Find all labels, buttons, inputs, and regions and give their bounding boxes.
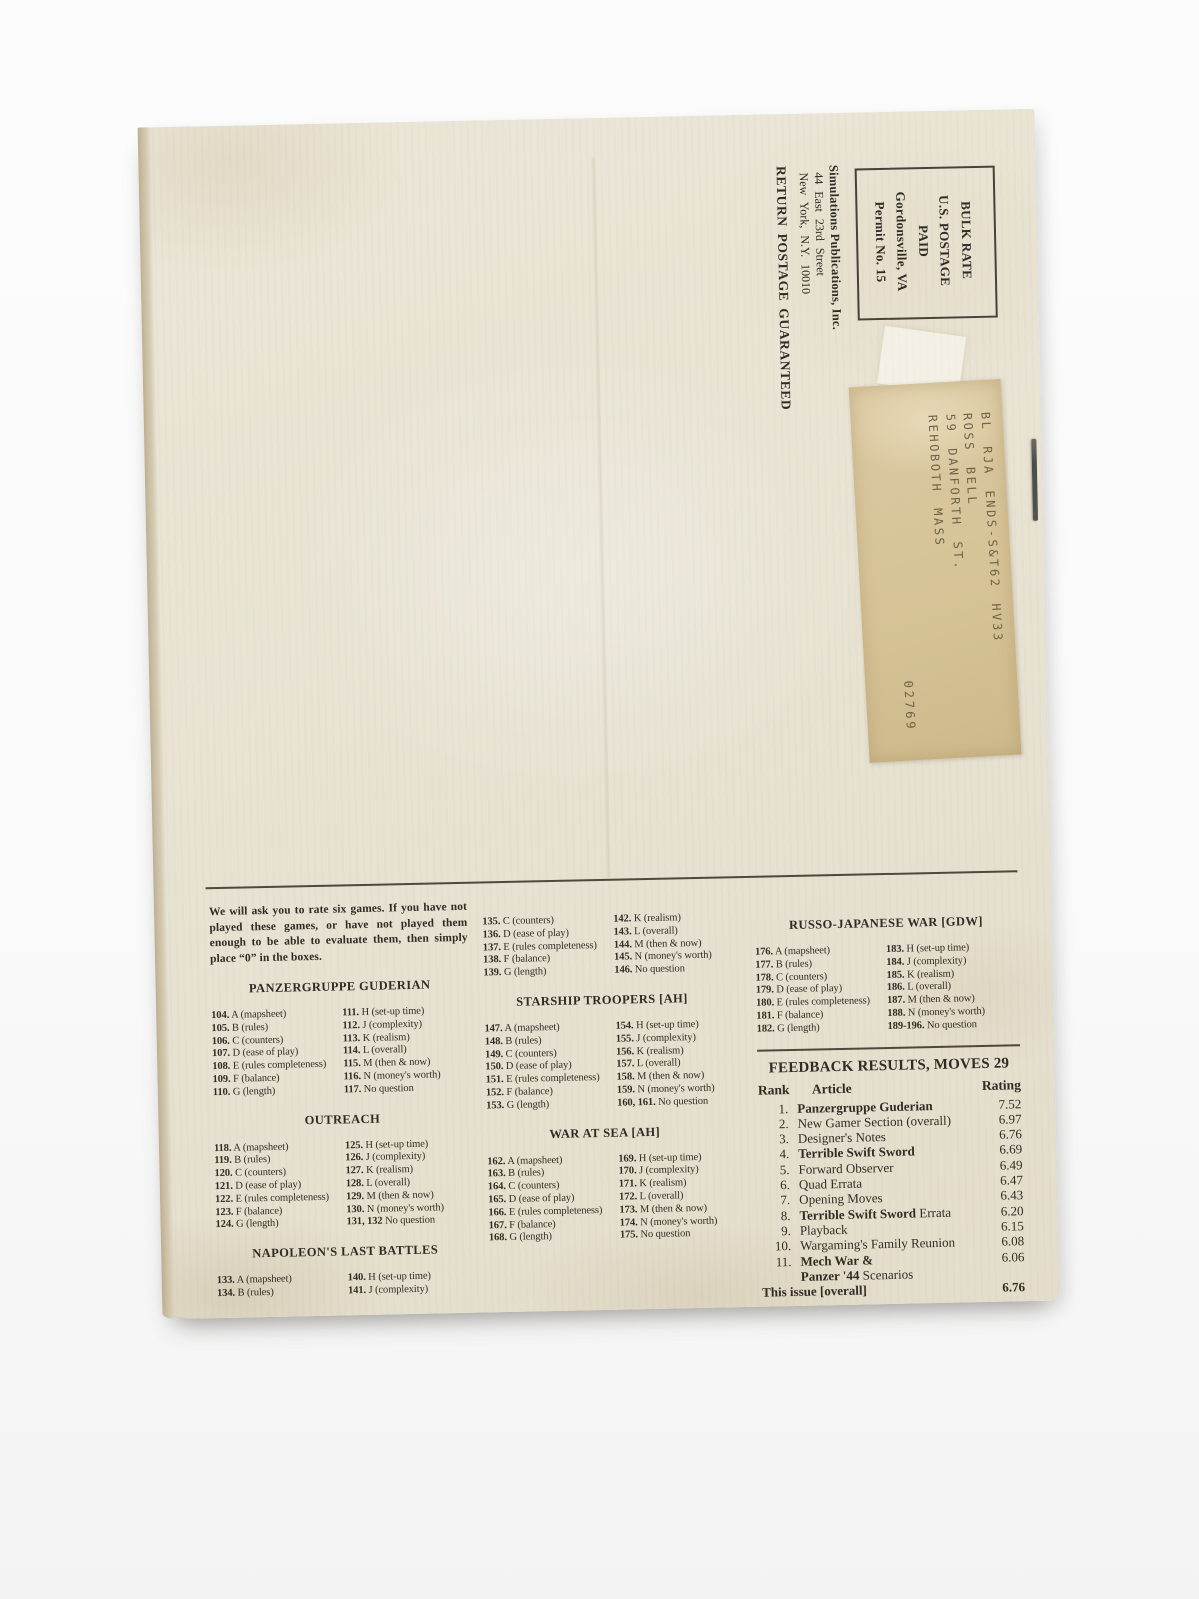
question-label: D (ease of play) [233, 1179, 301, 1191]
question-item: 146. No question [614, 963, 719, 978]
question-label: M (then & now) [632, 937, 702, 949]
question-item: 174. N (money's worth) [620, 1215, 725, 1230]
question-number: 163. [487, 1168, 505, 1179]
result-rating: 6.69 [978, 1142, 1022, 1158]
question-number: 152. [486, 1087, 504, 1098]
result-rank: 4. [759, 1147, 791, 1163]
section-title: NAPOLEON'S LAST BATTLES [216, 1242, 474, 1262]
question-label: J (complexity) [636, 1164, 698, 1176]
question-item: 145. N (money's worth) [614, 950, 719, 965]
question-label: G (length) [507, 1231, 552, 1243]
question-number: 166. [488, 1207, 506, 1218]
question-label: M (then & now) [361, 1057, 431, 1069]
result-article-part: This issue [overall] [762, 1283, 867, 1300]
question-label: No question [632, 963, 685, 975]
question-number: 126. [345, 1152, 363, 1163]
question-number: 141. [348, 1285, 366, 1296]
result-rank: 2. [758, 1116, 790, 1132]
question-number: 151. [486, 1074, 504, 1085]
question-label: B (rules) [229, 1022, 268, 1034]
question-label: J (complexity) [360, 1019, 422, 1031]
question-label: C (counters) [506, 1180, 560, 1192]
question-number: 180. [756, 998, 774, 1009]
result-rating: 6.20 [979, 1203, 1023, 1219]
question-item: 124. G (length) [216, 1217, 347, 1233]
question-number: 165. [488, 1194, 506, 1205]
question-sublist-right: 169. H (set-up time)170. J (complexity)1… [618, 1151, 725, 1243]
question-label: E (rules completeness) [230, 1059, 326, 1072]
question-number: 189-196. [887, 1020, 924, 1032]
question-label: L (overall) [637, 1190, 683, 1202]
question-label: No question [656, 1096, 709, 1108]
question-label: G (length) [230, 1086, 275, 1098]
question-label: C (counters) [503, 1048, 557, 1060]
question-number: 117. [344, 1084, 362, 1095]
question-number: 123. [215, 1206, 233, 1217]
question-label: D (ease of play) [506, 1193, 574, 1205]
question-label: G (length) [233, 1218, 278, 1230]
result-article-part: Opening Moves [799, 1191, 883, 1208]
section-title: WAR AT SEA [AH] [487, 1123, 723, 1143]
result-rating: 6.76 [978, 1126, 1022, 1142]
question-list: 118. A (mapsheet)119. B (rules)120. C (c… [214, 1137, 474, 1232]
question-number: 116. [343, 1071, 361, 1082]
question-number: 138. [483, 954, 501, 965]
question-number: 107. [212, 1048, 230, 1059]
question-label: B (rules) [235, 1287, 274, 1299]
result-rating: 6.15 [980, 1218, 1024, 1234]
question-label: N (money's worth) [638, 1215, 718, 1228]
question-number: 181. [756, 1010, 774, 1021]
question-label: M (then & now) [634, 1070, 704, 1082]
question-label: K (realism) [637, 1177, 687, 1189]
question-number: 139. [483, 967, 501, 978]
question-list: 162. A (mapsheet)163. B (rules)164. C (c… [487, 1151, 725, 1246]
mailing-label: BL RJA ENDS-S&T62 HV33 ROSS BELL 59 DANF… [849, 379, 1022, 763]
question-sublist-left: 133. A (mapsheet)134. B (rules) [217, 1273, 349, 1301]
section-title: STARSHIP TROOPERS [AH] [484, 991, 720, 1011]
question-label: C (counters) [500, 915, 554, 927]
question-label: B (rules) [232, 1154, 271, 1166]
question-number: 148. [485, 1036, 503, 1047]
question-number: 184. [886, 956, 904, 967]
question-sublist-left: 176. A (mapsheet)177. B (rules)178. C (c… [755, 944, 888, 1036]
question-label: K (realism) [904, 968, 954, 980]
question-number: 160, 161. [617, 1097, 656, 1109]
question-label: G (length) [774, 1022, 819, 1034]
result-article-part: Playback [800, 1222, 848, 1238]
question-label: B (rules) [505, 1168, 544, 1180]
result-article-part: Errata [916, 1204, 951, 1220]
question-number: 154. [615, 1020, 633, 1031]
result-article: Mech War &Panzer '44 Scenarios [793, 1250, 981, 1285]
result-rating: 6.43 [979, 1188, 1023, 1204]
question-sublist-left: 162. A (mapsheet)163. B (rules)164. C (c… [487, 1153, 620, 1245]
question-number: 171. [619, 1178, 637, 1189]
question-number: 143. [613, 926, 631, 937]
question-label: No question [638, 1229, 691, 1241]
question-label: A (mapsheet) [235, 1274, 292, 1286]
spine-edge [138, 127, 176, 1319]
question-label: H (set-up time) [633, 1019, 698, 1031]
question-number: 145. [614, 952, 632, 963]
question-item: 110. G (length) [213, 1084, 344, 1100]
question-label: E (rules completeness) [506, 1205, 602, 1218]
question-label: E (rules completeness) [233, 1192, 329, 1205]
question-label: D (ease of play) [500, 927, 568, 939]
question-number: 172. [619, 1191, 637, 1202]
question-number: 105. [211, 1023, 229, 1034]
question-number: 110. [213, 1087, 231, 1098]
form-column-right: RUSSO-JAPANESE WAR [GDW]176. A (mapsheet… [753, 872, 1025, 1300]
result-rank: 10. [761, 1238, 793, 1254]
question-label: D (ease of play) [230, 1047, 298, 1059]
question-label: F (balance) [504, 1086, 553, 1098]
staple [1031, 439, 1038, 521]
question-number: 135. [482, 916, 500, 927]
question-number: 109. [212, 1074, 230, 1085]
results-title: FEEDBACK RESULTS, MOVES 29 [757, 1055, 1020, 1078]
question-number: 187. [887, 995, 905, 1006]
postage-line: PAID [911, 169, 936, 313]
results-rows: 1.Panzergruppe Guderian7.522.New Gamer S… [758, 1096, 1025, 1300]
result-article-part: Designer's Notes [798, 1129, 886, 1146]
result-rating: 6.08 [980, 1233, 1024, 1249]
question-item: 139. G (length) [483, 965, 614, 981]
question-label: H (set-up time) [904, 942, 969, 954]
question-label: A (mapsheet) [229, 1009, 286, 1021]
question-number: 183. [886, 944, 904, 955]
result-article-part: Mech War & [800, 1252, 873, 1269]
question-label: N (money's worth) [632, 950, 712, 963]
question-label: No question [382, 1215, 435, 1227]
question-number: 142. [613, 913, 631, 924]
question-number: 125. [345, 1140, 363, 1151]
question-item: 141. J (complexity) [348, 1283, 475, 1298]
question-label: F (balance) [507, 1219, 556, 1231]
question-number: 115. [343, 1058, 361, 1069]
postage-line: Permit No. 15 [868, 170, 893, 314]
question-number: 124. [216, 1219, 234, 1230]
question-number: 153. [486, 1100, 504, 1111]
question-number: 185. [886, 969, 904, 980]
question-number: 120. [214, 1168, 232, 1179]
question-number: 113. [343, 1033, 361, 1044]
question-label: N (money's worth) [635, 1083, 715, 1096]
result-article: This issue [overall] [762, 1280, 981, 1300]
result-rating: 7.52 [977, 1096, 1021, 1112]
question-number: 150. [485, 1061, 503, 1072]
question-label: M (then & now) [364, 1189, 434, 1201]
question-number: 144. [614, 939, 632, 950]
question-number: 134. [217, 1288, 235, 1299]
question-label: H (set-up time) [359, 1006, 424, 1018]
form-column-middle: 135. C (counters)136. D (ease of play)13… [482, 879, 726, 1248]
question-label: F (balance) [774, 1009, 823, 1021]
question-label: No question [361, 1083, 414, 1095]
form-instructions: We will ask you to rate six games. If yo… [209, 900, 468, 967]
result-article-part: Quad Errata [799, 1176, 862, 1192]
question-number: 106. [212, 1035, 230, 1046]
question-label: A (mapsheet) [231, 1141, 288, 1153]
result-article-part: Panzer '44 [801, 1268, 860, 1284]
question-label: L (overall) [631, 925, 677, 937]
question-number: 173. [619, 1204, 637, 1215]
question-number: 168. [489, 1232, 507, 1243]
question-number: 164. [488, 1181, 506, 1192]
results-divider-rule [757, 1044, 1020, 1052]
question-label: N (money's worth) [361, 1069, 441, 1082]
question-item: 160, 161. No question [617, 1095, 722, 1110]
question-label: N (money's worth) [905, 1006, 985, 1019]
question-number: 108. [212, 1061, 230, 1072]
result-rank: 9. [761, 1223, 793, 1239]
question-label: K (realism) [634, 1045, 684, 1057]
results-header-rating: Rating [977, 1077, 1021, 1094]
question-item: 182. G (length) [757, 1021, 888, 1037]
question-number: 127. [345, 1165, 363, 1176]
question-number: 119. [214, 1155, 232, 1166]
question-label: M (then & now) [637, 1203, 707, 1215]
question-label: K (realism) [631, 912, 681, 924]
question-item: 153. G (length) [486, 1097, 617, 1113]
question-number: 174. [620, 1217, 638, 1228]
question-number: 121. [215, 1181, 233, 1192]
question-label: H (set-up time) [363, 1138, 428, 1150]
question-number: 176. [755, 946, 773, 957]
result-rank: 11. [761, 1254, 794, 1285]
result-rank: 6. [760, 1177, 792, 1193]
question-number: 146. [614, 965, 632, 976]
question-label: J (complexity) [366, 1284, 428, 1296]
question-label: F (balance) [233, 1205, 282, 1217]
results-header-article: Article [790, 1078, 977, 1098]
question-label: G (length) [501, 966, 546, 978]
result-article-part: Scenarios [859, 1266, 913, 1282]
question-list: 176. A (mapsheet)177. B (rules)178. C (c… [755, 941, 1020, 1036]
question-number: 136. [482, 929, 500, 940]
question-number: 112. [342, 1020, 360, 1031]
question-label: F (balance) [501, 953, 550, 965]
question-number: 128. [346, 1178, 364, 1189]
label-zip-code: 02769 [899, 680, 919, 732]
question-item: 189-196. No question [887, 1018, 1019, 1034]
question-number: 182. [757, 1023, 775, 1034]
question-sublist-left: 135. C (counters)136. D (ease of play)13… [482, 914, 614, 981]
question-number: 104. [211, 1010, 229, 1021]
question-label: F (balance) [230, 1073, 279, 1085]
fold-crease [590, 158, 611, 878]
question-label: K (realism) [363, 1164, 413, 1176]
question-number: 156. [616, 1046, 634, 1057]
question-label: C (counters) [230, 1034, 284, 1046]
question-number: 122. [215, 1194, 233, 1205]
question-number: 137. [483, 942, 501, 953]
question-list: 133. A (mapsheet)134. B (rules)140. H (s… [217, 1270, 475, 1301]
question-sublist-left: 104. A (mapsheet)105. B (rules)106. C (c… [211, 1007, 344, 1099]
question-label: L (overall) [905, 981, 951, 993]
result-rating: 6.47 [979, 1172, 1023, 1188]
question-sublist-left: 118. A (mapsheet)119. B (rules)120. C (c… [214, 1140, 347, 1232]
result-rank: 8. [760, 1208, 792, 1224]
photo-backdrop: Simulations Publications, Inc. 44 East 2… [0, 0, 1199, 1599]
question-list: 135. C (counters)136. D (ease of play)13… [482, 912, 719, 981]
question-item: 168. G (length) [489, 1230, 620, 1246]
question-number: 140. [348, 1272, 366, 1283]
question-item: 117. No question [344, 1082, 471, 1097]
question-label: J (complexity) [904, 955, 966, 967]
question-label: A (mapsheet) [502, 1022, 559, 1034]
question-sublist-right: 140. H (set-up time)141. J (complexity) [348, 1270, 476, 1298]
question-label: E (rules completeness) [504, 1072, 600, 1085]
question-number: 118. [214, 1142, 232, 1153]
question-label: H (set-up time) [636, 1152, 701, 1164]
postage-line: Gordonsville, VA [890, 169, 915, 313]
question-item: 134. B (rules) [217, 1285, 348, 1301]
question-number: 178. [755, 972, 773, 983]
question-label: L (overall) [634, 1058, 680, 1070]
form-column-left: We will ask you to rate six games. If yo… [209, 884, 476, 1303]
question-number: 149. [485, 1049, 503, 1060]
question-label: C (counters) [232, 1167, 286, 1179]
question-label: B (rules) [503, 1035, 542, 1047]
question-label: L (overall) [360, 1044, 406, 1056]
question-label: M (then & now) [905, 993, 975, 1005]
question-label: E (rules completeness) [501, 940, 597, 953]
result-rating: 6.49 [978, 1157, 1022, 1173]
result-article-part: Forward Observer [798, 1160, 893, 1177]
result-rating: 6.06 [980, 1249, 1025, 1281]
result-rank: 5. [759, 1162, 791, 1178]
results-header-rank: Rank [758, 1082, 790, 1099]
question-item: 131, 132 No question [346, 1214, 473, 1229]
question-label: N (money's worth) [364, 1202, 444, 1215]
question-number: 159. [617, 1084, 635, 1095]
result-rank: 1. [758, 1101, 790, 1117]
question-number: 158. [616, 1071, 634, 1082]
question-label: A (mapsheet) [505, 1154, 562, 1166]
question-sublist-left: 147. A (mapsheet)148. B (rules)149. C (c… [484, 1021, 617, 1113]
question-number: 167. [489, 1220, 507, 1231]
magazine-back-cover: Simulations Publications, Inc. 44 East 2… [138, 109, 1060, 1320]
question-sublist-right: 154. H (set-up time)155. J (complexity)1… [615, 1018, 722, 1110]
section-title: OUTREACH [213, 1109, 471, 1129]
result-rank: 7. [760, 1192, 792, 1208]
question-number: 175. [620, 1230, 638, 1241]
question-label: J (complexity) [634, 1032, 696, 1044]
question-label: J (complexity) [363, 1151, 425, 1163]
question-number: 162. [487, 1156, 505, 1167]
return-postage-guaranteed: RETURN POSTAGE GUARANTEED [773, 166, 795, 458]
results-header-row: Rank Article Rating [758, 1077, 1021, 1099]
question-number: 147. [484, 1023, 502, 1034]
question-label: E (rules completeness) [774, 996, 870, 1009]
question-sublist-right: 142. K (realism)143. L (overall)144. M (… [613, 912, 719, 978]
question-label: G (length) [504, 1099, 549, 1111]
question-number: 157. [616, 1059, 634, 1070]
question-number: 169. [618, 1153, 636, 1164]
question-label: B (rules) [773, 958, 812, 970]
return-address-block: Simulations Publications, Inc. 44 East 2… [777, 165, 847, 458]
question-item: 175. No question [620, 1228, 725, 1243]
question-number: 186. [887, 982, 905, 993]
question-label: No question [924, 1019, 977, 1031]
question-number: 111. [342, 1007, 359, 1018]
question-label: D (ease of play) [774, 983, 842, 995]
result-rank: 3. [759, 1131, 791, 1147]
section-title: PANZERGRUPPE GUDERIAN [211, 977, 469, 997]
question-sublist-right: 125. H (set-up time)126. J (complexity)1… [345, 1137, 474, 1229]
question-sublist-right: 111. H (set-up time)112. J (complexity)1… [342, 1005, 471, 1097]
question-number: 179. [756, 985, 774, 996]
question-number: 114. [343, 1045, 361, 1056]
question-list: 147. A (mapsheet)148. B (rules)149. C (c… [484, 1018, 722, 1113]
question-label: D (ease of play) [503, 1060, 571, 1072]
question-number: 188. [887, 1008, 905, 1019]
question-label: K (realism) [360, 1032, 410, 1044]
question-number: 131, 132 [346, 1216, 382, 1228]
question-number: 177. [755, 959, 773, 970]
postage-line: U.S. POSTAGE [933, 168, 958, 312]
section-title: RUSSO-JAPANESE WAR [GDW] [754, 913, 1017, 934]
question-sublist-right: 183. H (set-up time)184. J (complexity)1… [886, 941, 1020, 1033]
postage-line: BULK RATE [954, 168, 979, 312]
postage-permit-box: BULK RATE U.S. POSTAGE PAID Gordonsville… [855, 166, 998, 321]
question-number: 130. [346, 1204, 364, 1215]
result-rating: 6.76 [981, 1279, 1025, 1295]
question-number: 133. [217, 1275, 235, 1286]
question-label: A (mapsheet) [773, 945, 830, 957]
question-number: 170. [618, 1166, 636, 1177]
question-number: 155. [616, 1033, 634, 1044]
result-rating: 6.97 [977, 1111, 1021, 1127]
question-number: 129. [346, 1191, 364, 1202]
question-label: C (counters) [773, 971, 827, 983]
question-label: H (set-up time) [366, 1271, 431, 1283]
question-list: 104. A (mapsheet)105. B (rules)106. C (c… [211, 1005, 471, 1100]
question-label: L (overall) [364, 1177, 410, 1189]
